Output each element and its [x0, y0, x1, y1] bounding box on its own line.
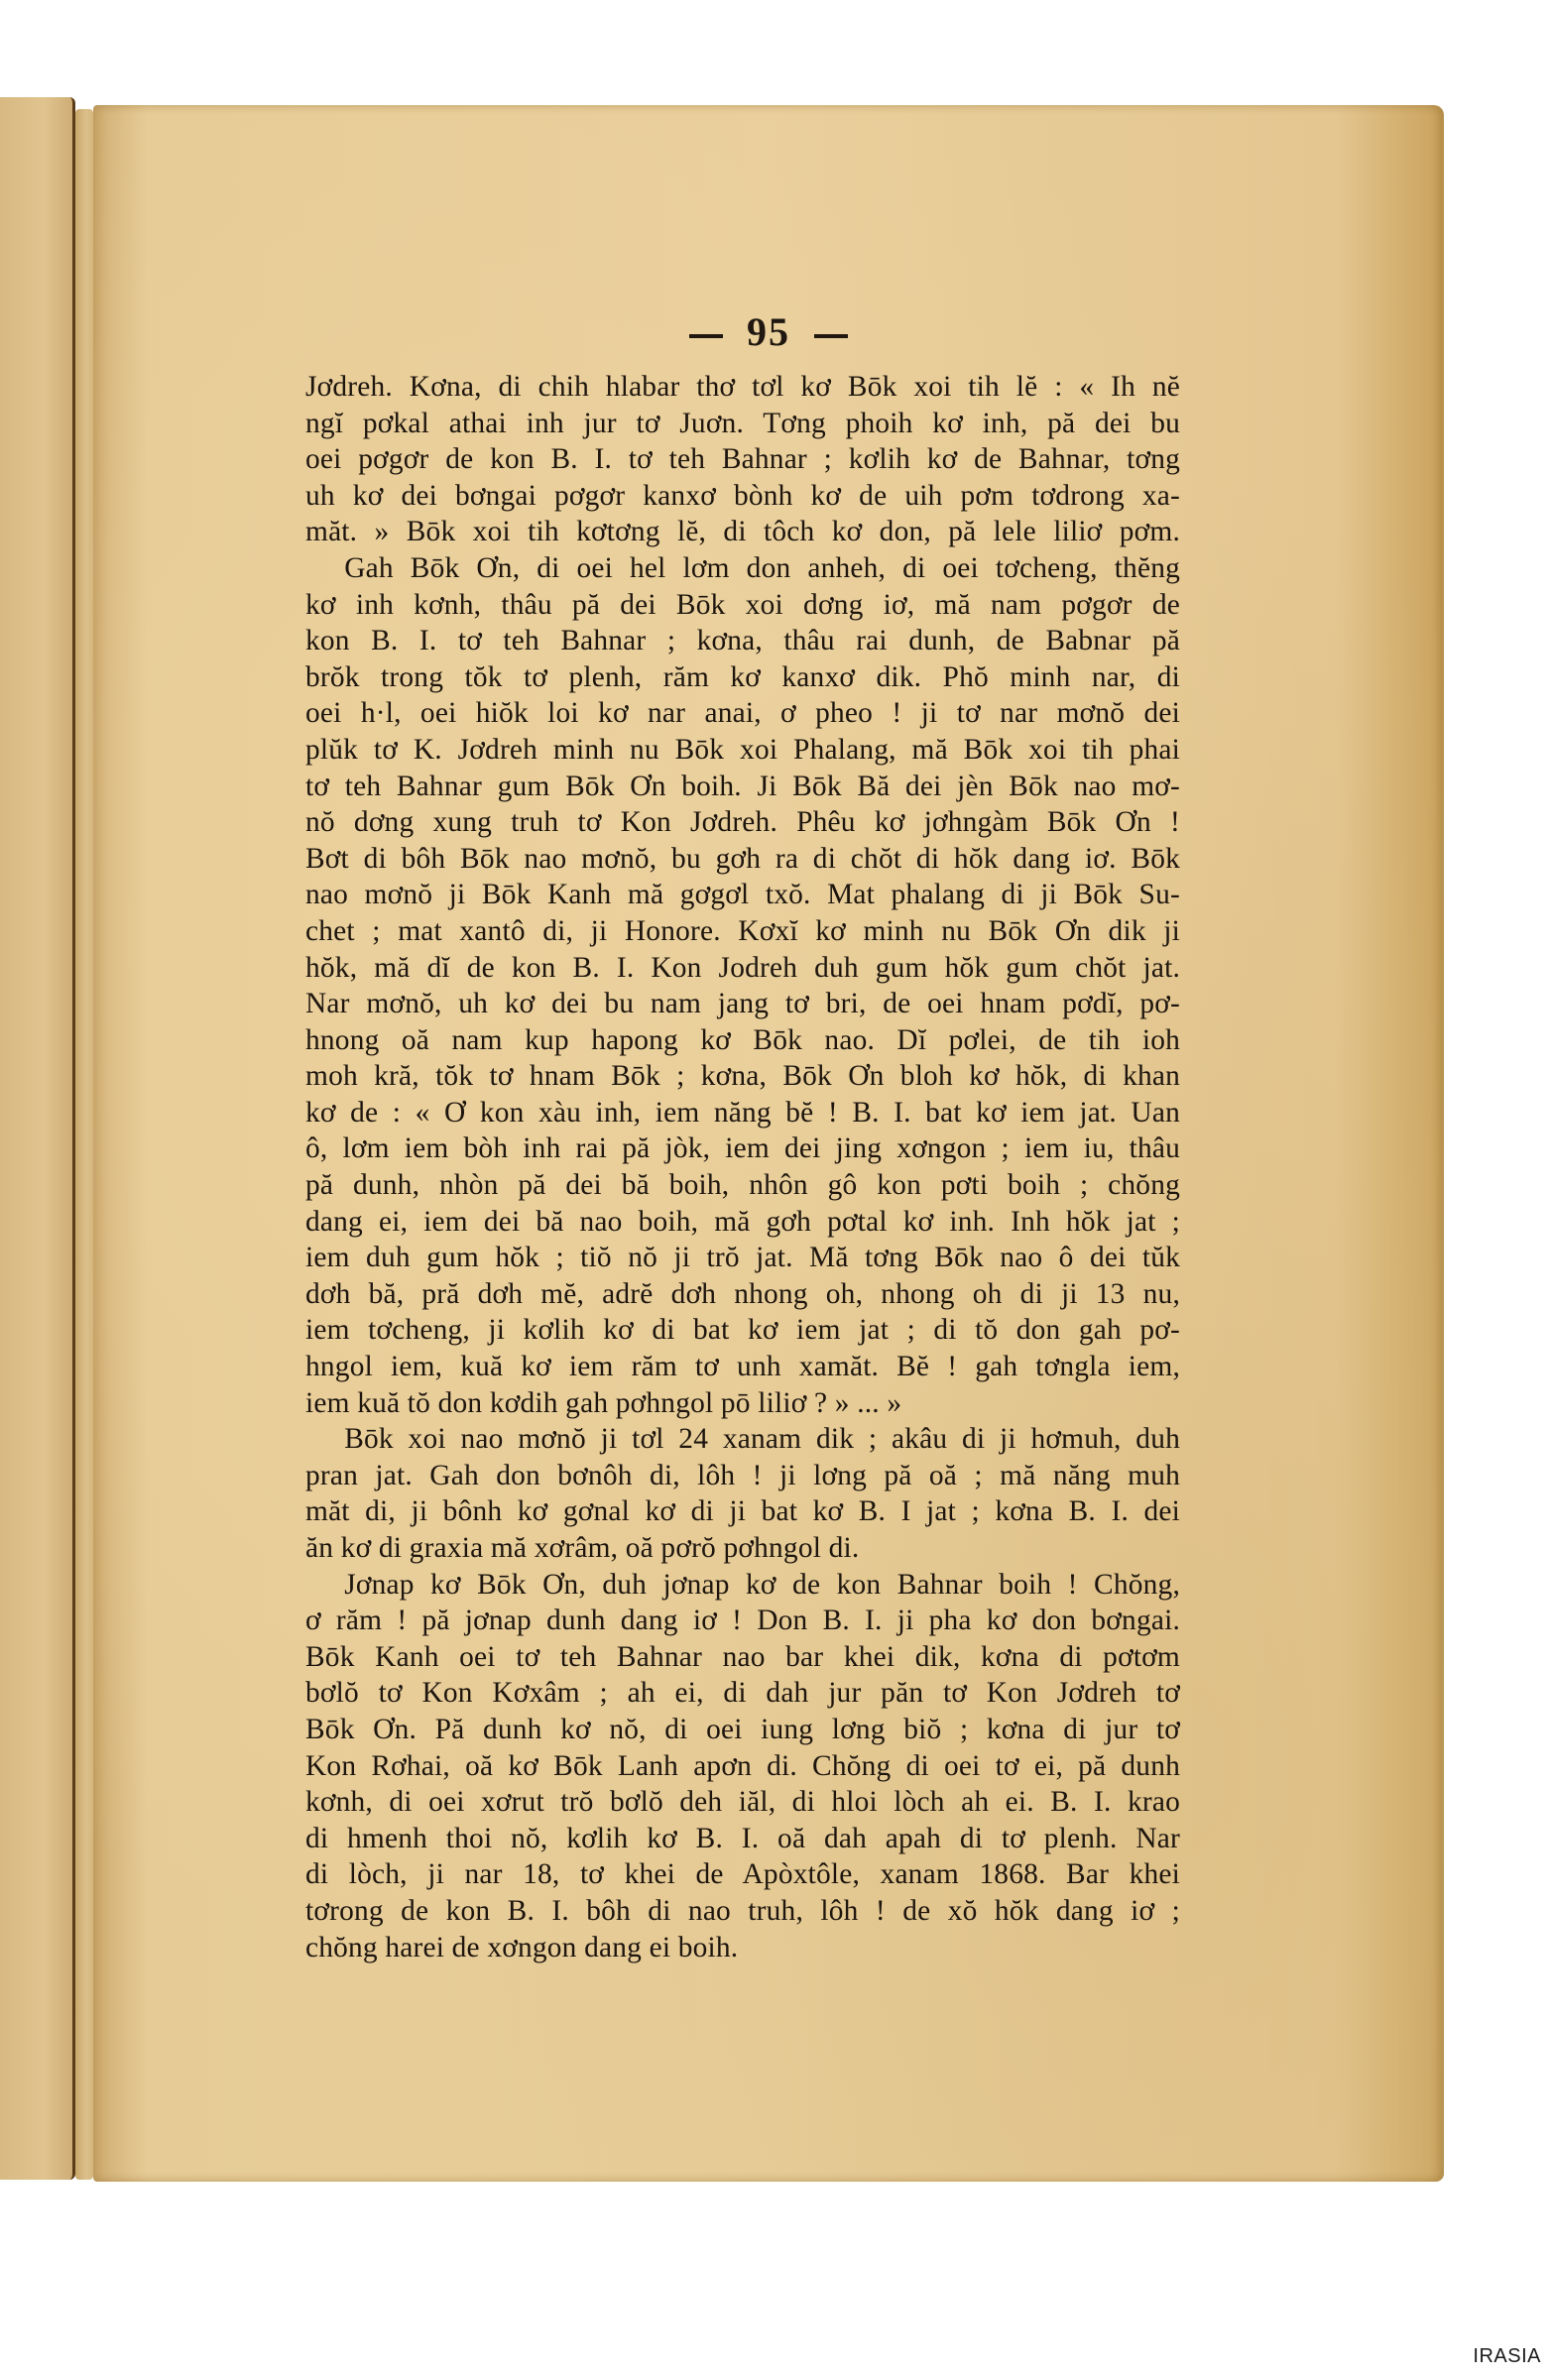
paragraph-2: Gah Bōk Ơn, di oei hel lơm don anheh, di…: [305, 550, 1198, 1421]
text-line: ngĭ pơkal athai inh jur tơ Juơn. Tơng ph…: [305, 406, 1180, 442]
text-line: dang ei, iem dei bă nao boih, mă gơh pơt…: [305, 1204, 1180, 1241]
text-line: Bơt di bôh Bōk nao mơnŏ, bu gơh ra di ch…: [305, 841, 1180, 878]
text-line: Bōk xoi nao mơnŏ ji tơl 24 xanam dik ; a…: [305, 1421, 1180, 1458]
text-line: plŭk tơ K. Jơdreh minh nu Bōk xoi Phalan…: [305, 732, 1180, 769]
text-line: kơ de : « Ơ kon xàu inh, iem năng bĕ ! B…: [305, 1095, 1180, 1131]
text-line: pran jat. Gah don bơnôh di, lôh ! ji lơn…: [305, 1458, 1180, 1494]
text-line: oei pơgơr de kon B. I. tơ teh Bahnar ; k…: [305, 441, 1180, 478]
text-line: chet ; mat xantô di, ji Honore. Kơxĭ kơ …: [305, 913, 1180, 950]
text-line: hŏk, mă dĭ de kon B. I. Kon Jodreh duh g…: [305, 950, 1180, 987]
text-line: dơh bă, pră dơh mĕ, adrĕ dơh nhong oh, n…: [305, 1276, 1180, 1313]
paragraph-3: Bōk xoi nao mơnŏ ji tơl 24 xanam dik ; a…: [305, 1421, 1198, 1566]
paragraph-4: Jơnap kơ Bōk Ơn, duh jơnap kơ de kon Bah…: [305, 1567, 1198, 1966]
text-line: kơ inh kơnh, thâu pă dei Bōk xoi dơng iơ…: [305, 587, 1180, 624]
text-line: ăn kơ di graxia mă xơrâm, oă pơrŏ pơhngo…: [305, 1530, 1180, 1567]
irasia-watermark: IRASIA: [1473, 2345, 1541, 2368]
text-line: ô, lơm iem bòh inh rai pă jòk, iem dei j…: [305, 1130, 1180, 1167]
text-line: Kon Rơhai, oă kơ Bōk Lanh apơn di. Chŏng…: [305, 1748, 1180, 1785]
body-text: Jơdreh. Kơna, di chih hlabar thơ tơl kơ …: [305, 369, 1198, 1965]
text-line: tơrong de kon B. I. bôh di nao truh, lôh…: [305, 1893, 1180, 1930]
text-line: Gah Bōk Ơn, di oei hel lơm don anheh, di…: [305, 550, 1180, 587]
text-line: măt di, ji bônh kơ gơnal kơ di ji bat kơ…: [305, 1493, 1180, 1530]
text-line: ơ răm ! pă jơnap dunh dang iơ ! Don B. I…: [305, 1603, 1180, 1639]
text-line: iem kuă tŏ don kơdih gah pơhngol pō lili…: [305, 1385, 1180, 1422]
binding-gutter: [75, 109, 93, 2180]
text-line: pă dunh, nhòn pă dei bă boih, nhôn gô ko…: [305, 1167, 1180, 1204]
page-number: 95: [747, 309, 790, 354]
text-line: kơnh, di oei xơrut trŏ bơlŏ deh iăl, di …: [305, 1784, 1180, 1821]
text-line: Bōk Ơn. Pă dunh kơ nŏ, di oei iung lơng …: [305, 1712, 1180, 1748]
text-line: moh kră, tŏk tơ hnam Bōk ; kơna, Bōk Ơn …: [305, 1058, 1180, 1095]
previous-page-edge: [0, 97, 75, 2180]
text-line: hngol iem, kuă kơ iem răm tơ unh xamăt. …: [305, 1349, 1180, 1385]
text-line: di hmenh thoi nŏ, kơlih kơ B. I. oă dah …: [305, 1821, 1180, 1857]
text-line: Jơnap kơ Bōk Ơn, duh jơnap kơ de kon Bah…: [305, 1567, 1180, 1604]
text-line: măt. » Bōk xoi tih kơtơng lĕ, di tôch kơ…: [305, 514, 1180, 550]
text-line: brŏk trong tŏk tơ plenh, răm kơ kanxơ di…: [305, 659, 1180, 696]
text-line: kon B. I. tơ teh Bahnar ; kơna, thâu rai…: [305, 623, 1180, 659]
text-line: chŏng harei de xơngon dang ei boih.: [305, 1930, 1180, 1966]
text-line: hnong oă nam kup hapong kơ Bōk nao. Dĭ p…: [305, 1022, 1180, 1059]
text-line: tơ teh Bahnar gum Bōk Ơn boih. Ji Bōk Bă…: [305, 769, 1180, 805]
paragraph-1: Jơdreh. Kơna, di chih hlabar thơ tơl kơ …: [305, 369, 1198, 550]
text-line: iem duh gum hŏk ; tiŏ nŏ ji trŏ jat. Mă …: [305, 1240, 1180, 1276]
text-line: bơlŏ tơ Kon Kơxâm ; ah ei, di dah jur pă…: [305, 1675, 1180, 1712]
text-line: Bōk Kanh oei tơ teh Bahnar nao bar khei …: [305, 1639, 1180, 1676]
text-line: nao mơnŏ ji Bōk Kanh mă gơgơl txŏ. Mat p…: [305, 877, 1180, 913]
text-line: Jơdreh. Kơna, di chih hlabar thơ tơl kơ …: [305, 369, 1180, 406]
text-line: nŏ dơng xung truh tơ Kon Jơdreh. Phêu kơ…: [305, 804, 1180, 841]
text-line: di lòch, ji nar 18, tơ khei de Apòxtôle,…: [305, 1856, 1180, 1893]
dash-right: [814, 334, 848, 338]
dash-left: [689, 334, 723, 338]
page-number-header: 95: [93, 308, 1444, 355]
text-line: uh kơ dei bơngai pơgơr kanxơ bònh kơ de …: [305, 478, 1180, 515]
text-line: Nar mơnŏ, uh kơ dei bu nam jang tơ bri, …: [305, 986, 1180, 1022]
text-line: iem tơcheng, ji kơlih kơ di bat kơ iem j…: [305, 1312, 1180, 1349]
book-page: 95 Jơdreh. Kơna, di chih hlabar thơ tơl …: [93, 105, 1444, 2182]
text-line: oei h·l, oei hiŏk loi kơ nar anai, ơ phe…: [305, 695, 1180, 732]
